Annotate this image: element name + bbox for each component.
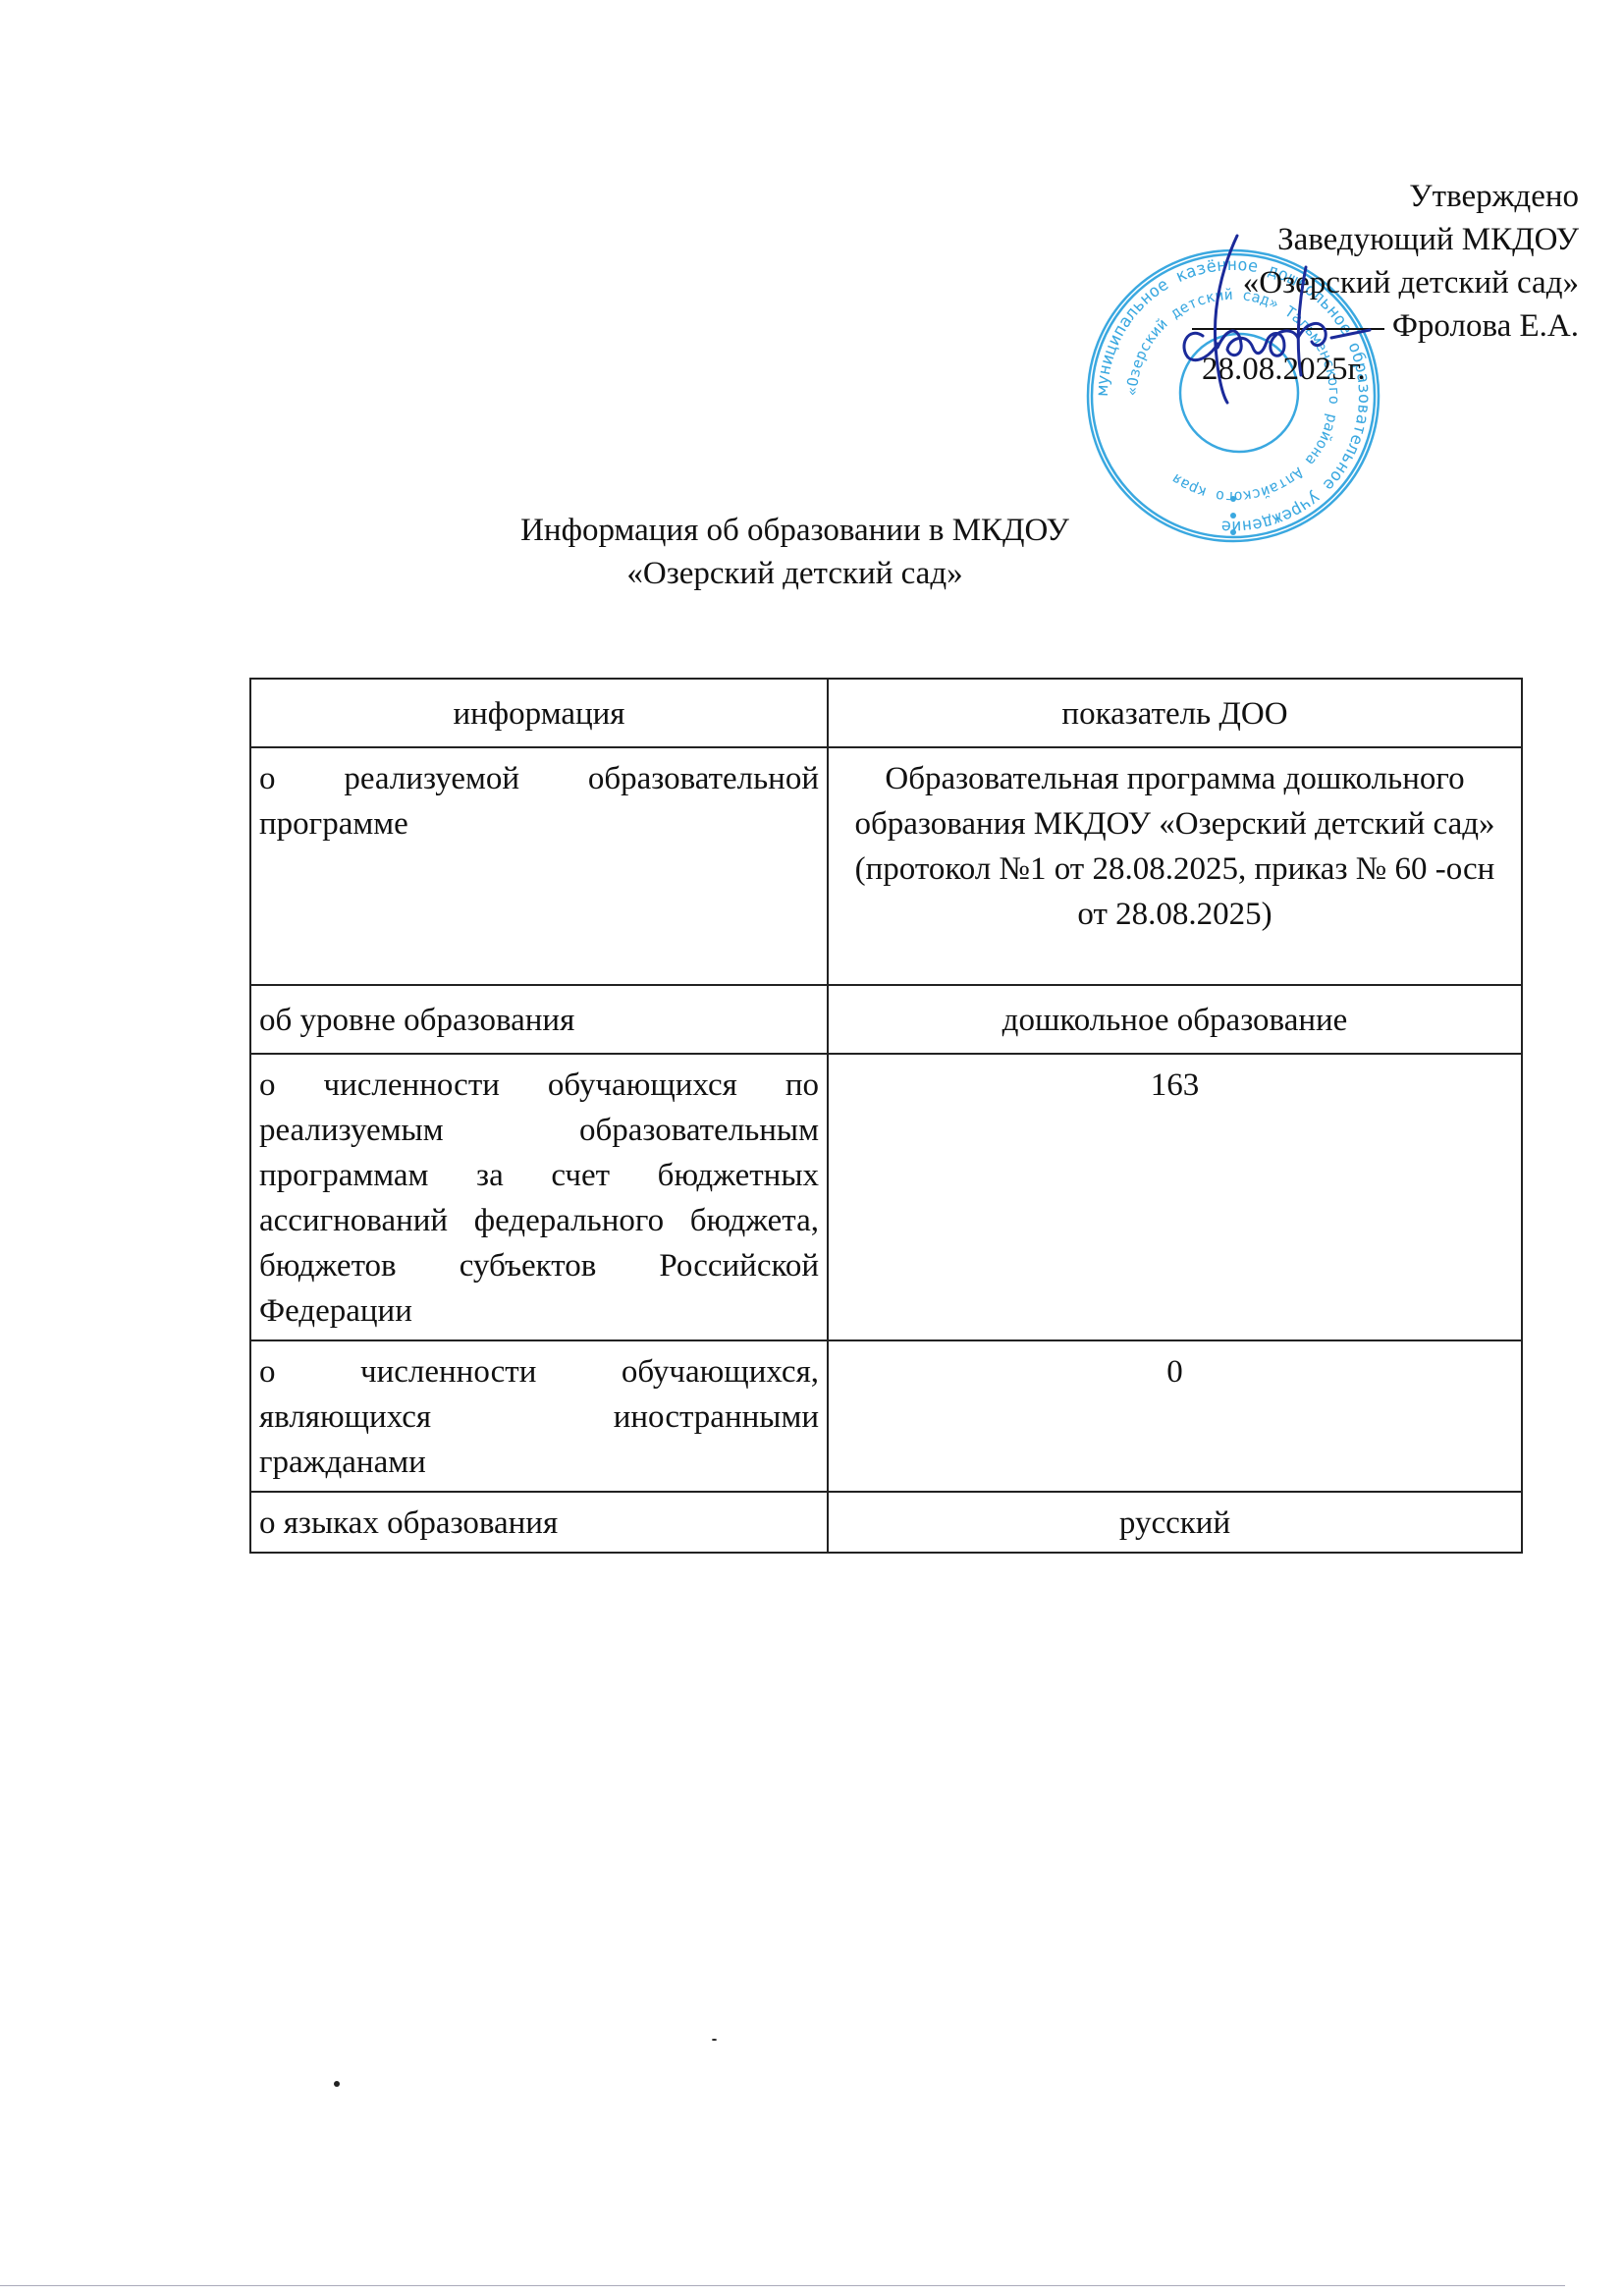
table-row: об уровне образования дошкольное образов… bbox=[250, 985, 1522, 1054]
row-label: о реализуемой образовательной программе bbox=[250, 747, 828, 985]
header-indicator: показатель ДОО bbox=[828, 679, 1522, 747]
row-label: об уровне образования bbox=[250, 985, 828, 1054]
scan-speck bbox=[712, 2039, 717, 2041]
education-info-table: информация показатель ДОО о реализуемой … bbox=[249, 678, 1523, 1554]
row-label: о численности обучающихся, являющихся ин… bbox=[250, 1340, 828, 1492]
row-label: о языках образования bbox=[250, 1492, 828, 1553]
row-value: 0 bbox=[828, 1340, 1522, 1492]
row-value: Образовательная программа дошкольного об… bbox=[828, 747, 1522, 985]
signature bbox=[1168, 228, 1384, 405]
table-row: о численности обучающихся, являющихся ин… bbox=[250, 1340, 1522, 1492]
approver-name: Фролова Е.А. bbox=[1392, 308, 1579, 344]
row-label: о численности обучающихся по реализуемым… bbox=[250, 1054, 828, 1340]
table-row: о языках образования русский bbox=[250, 1492, 1522, 1553]
row-value: русский bbox=[828, 1492, 1522, 1553]
scan-edge-line bbox=[0, 2285, 1565, 2286]
table-header-row: информация показатель ДОО bbox=[250, 679, 1522, 747]
header-information: информация bbox=[250, 679, 828, 747]
scan-speck bbox=[334, 2081, 340, 2087]
row-value: 163 bbox=[828, 1054, 1522, 1340]
table-row: о реализуемой образовательной программе … bbox=[250, 747, 1522, 985]
row-value: дошкольное образование bbox=[828, 985, 1522, 1054]
document-title: Информация об образовании в МКДОУ «Озерс… bbox=[0, 509, 1624, 595]
title-line-1: Информация об образовании в МКДОУ bbox=[0, 509, 1624, 552]
table-row: о численности обучающихся по реализуемым… bbox=[250, 1054, 1522, 1340]
title-line-2: «Озерский детский сад» bbox=[0, 552, 1624, 595]
approval-heading: Утверждено bbox=[1029, 175, 1579, 218]
